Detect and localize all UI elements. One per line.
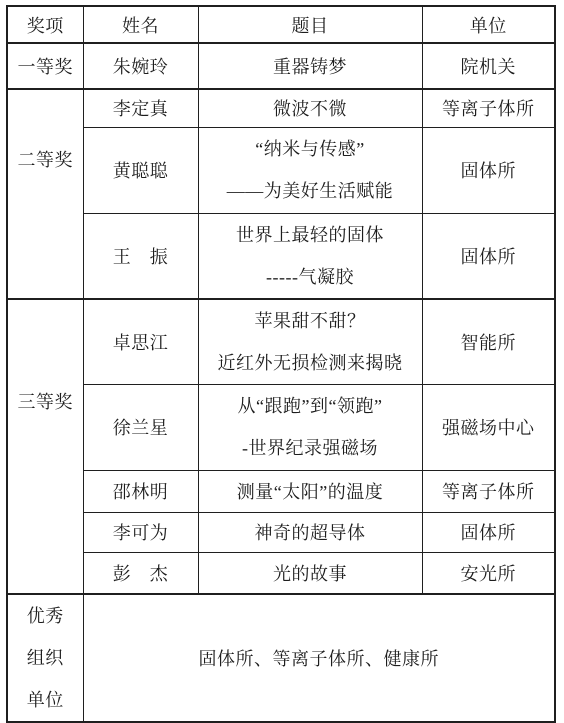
entry-title-line1: 从“跟跑”到“领跑” <box>199 385 422 427</box>
row-second-prize-1: 二等奖 李定真 微波不微 等离子体所 <box>7 89 555 127</box>
entry-title: 重器铸梦 <box>198 43 422 89</box>
header-unit: 单位 <box>422 6 555 43</box>
winner-name: 彭 杰 <box>83 552 198 594</box>
winner-name: 朱婉玲 <box>83 43 198 89</box>
row-third-prize-2: 徐兰星 从“跟跑”到“领跑” -世界纪录强磁场 强磁场中心 <box>7 384 555 470</box>
award-label-org-line3: 单位 <box>8 679 83 721</box>
entry-title: 微波不微 <box>198 89 422 127</box>
winner-unit: 院机关 <box>422 43 555 89</box>
header-name: 姓名 <box>83 6 198 43</box>
winner-name: 徐兰星 <box>83 384 198 470</box>
row-first-prize: 一等奖 朱婉玲 重器铸梦 院机关 <box>7 43 555 89</box>
winner-name: 黄聪聪 <box>83 127 198 213</box>
entry-title: 苹果甜不甜？ 近红外无损检测来揭晓 <box>198 299 422 385</box>
entry-title-line2: 近红外无损检测来揭晓 <box>199 342 422 384</box>
winner-unit: 等离子体所 <box>422 89 555 127</box>
award-label-org-line1: 优秀 <box>8 595 83 637</box>
awards-table: 奖项 姓名 题目 单位 一等奖 朱婉玲 重器铸梦 院机关 二等奖 李定真 微波不… <box>6 5 556 723</box>
document-page: 奖项 姓名 题目 单位 一等奖 朱婉玲 重器铸梦 院机关 二等奖 李定真 微波不… <box>0 0 564 723</box>
org-units-list: 固体所、等离子体所、健康所 <box>83 594 555 722</box>
winner-name: 王 振 <box>83 213 198 299</box>
entry-title-line2: -世界纪录强磁场 <box>199 427 422 469</box>
header-row: 奖项 姓名 题目 单位 <box>7 6 555 43</box>
winner-unit: 等离子体所 <box>422 470 555 512</box>
entry-title: “纳米与传感” ——为美好生活赋能 <box>198 127 422 213</box>
entry-title: 测量“太阳”的温度 <box>198 470 422 512</box>
entry-title-line1: 世界上最轻的固体 <box>199 214 422 256</box>
winner-name: 邵林明 <box>83 470 198 512</box>
award-label-org: 优秀 组织 单位 <box>7 594 83 722</box>
entry-title: 世界上最轻的固体 -----气凝胶 <box>198 213 422 299</box>
entry-title-line2: ——为美好生活赋能 <box>199 170 422 212</box>
entry-title-line2: -----气凝胶 <box>199 256 422 298</box>
winner-unit: 安光所 <box>422 552 555 594</box>
winner-unit: 固体所 <box>422 127 555 213</box>
row-third-prize-1: 三等奖 卓思江 苹果甜不甜？ 近红外无损检测来揭晓 智能所 <box>7 299 555 385</box>
entry-title: 从“跟跑”到“领跑” -世界纪录强磁场 <box>198 384 422 470</box>
entry-title: 光的故事 <box>198 552 422 594</box>
winner-name: 李可为 <box>83 512 198 552</box>
row-third-prize-4: 李可为 神奇的超导体 固体所 <box>7 512 555 552</box>
entry-title-line1: “纳米与传感” <box>199 128 422 170</box>
award-label-first: 一等奖 <box>7 43 83 89</box>
row-org-units: 优秀 组织 单位 固体所、等离子体所、健康所 <box>7 594 555 722</box>
row-second-prize-2: 黄聪聪 “纳米与传感” ——为美好生活赋能 固体所 <box>7 127 555 213</box>
award-label-org-line2: 组织 <box>8 637 83 679</box>
winner-unit: 固体所 <box>422 512 555 552</box>
row-second-prize-3: 王 振 世界上最轻的固体 -----气凝胶 固体所 <box>7 213 555 299</box>
entry-title-line1: 苹果甜不甜？ <box>199 300 422 342</box>
winner-unit: 智能所 <box>422 299 555 385</box>
header-award: 奖项 <box>7 6 83 43</box>
winner-name: 卓思江 <box>83 299 198 385</box>
row-third-prize-3: 邵林明 测量“太阳”的温度 等离子体所 <box>7 470 555 512</box>
award-label-second: 二等奖 <box>7 89 83 299</box>
row-third-prize-5: 彭 杰 光的故事 安光所 <box>7 552 555 594</box>
winner-name: 李定真 <box>83 89 198 127</box>
entry-title: 神奇的超导体 <box>198 512 422 552</box>
header-title: 题目 <box>198 6 422 43</box>
award-label-third: 三等奖 <box>7 299 83 595</box>
winner-unit: 固体所 <box>422 213 555 299</box>
winner-unit: 强磁场中心 <box>422 384 555 470</box>
